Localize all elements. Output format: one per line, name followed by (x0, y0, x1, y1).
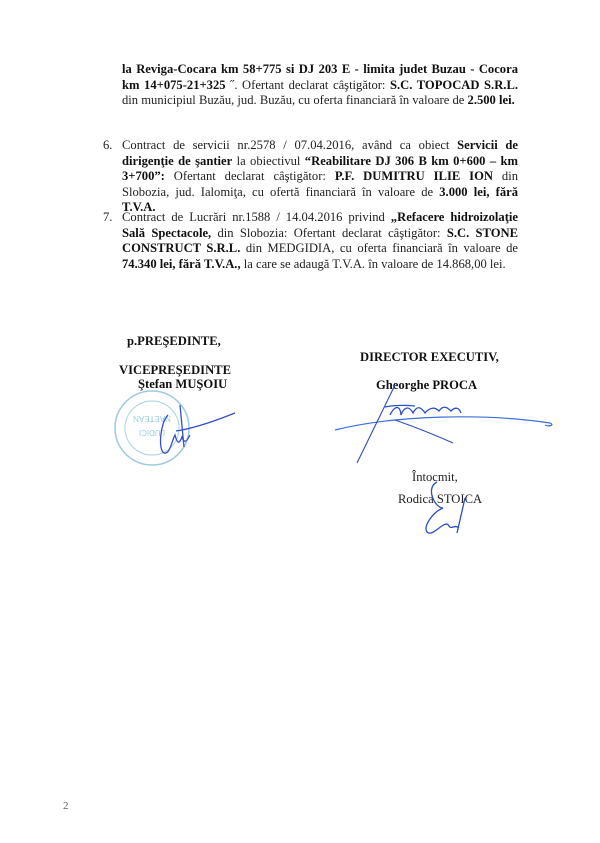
item-number: 7. (103, 210, 112, 226)
contract-item-7: Contract de Lucrări nr.1588 / 14.04.2016… (122, 210, 518, 272)
contract-item-6: Contract de servicii nr.2578 / 07.04.201… (122, 138, 518, 216)
item-number: 6. (103, 138, 112, 154)
page-number: 2 (63, 800, 69, 812)
left-title: p.PREŞEDINTE, (127, 334, 221, 349)
right-title: DIRECTOR EXECUTIV, (360, 350, 499, 365)
contract-amount: 2.500 lei. (468, 93, 515, 107)
winner-name: P.F. DUMITRU ILIE ION (335, 169, 493, 183)
signature-prepared-icon (415, 478, 475, 540)
signature-right-icon (335, 385, 565, 465)
winner-name: S.C. TOPOCAD S.R.L. (390, 78, 518, 92)
item-5-continuation: la Reviga-Cocara km 58+775 si DJ 203 E -… (122, 62, 518, 109)
signature-left-icon (150, 395, 240, 465)
contract-amount: 74.340 lei, fără T.V.A., (122, 257, 241, 271)
left-role: VICEPREŞEDINTE (119, 363, 231, 378)
